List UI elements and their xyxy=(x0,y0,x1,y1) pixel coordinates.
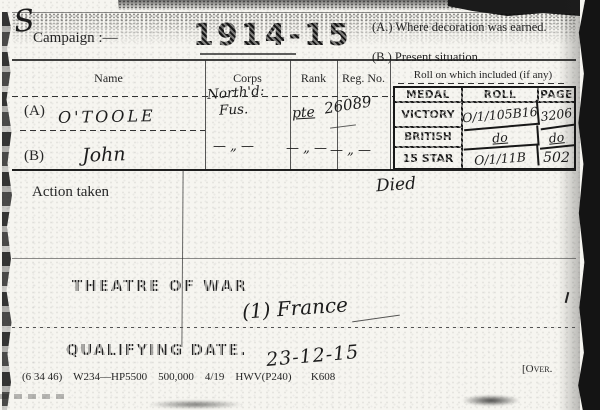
scan-shadow-right xyxy=(558,0,580,410)
ink-smudge-2 xyxy=(148,400,243,409)
corps-value-line1: North'd: xyxy=(207,83,265,103)
column-rule-4 xyxy=(390,60,391,170)
roll-header-underline xyxy=(398,83,568,84)
medal-name-victory: VICTORY xyxy=(395,103,463,128)
surname-underline xyxy=(20,130,205,131)
over-note: [Over. xyxy=(522,363,552,375)
reg-no-flourish xyxy=(330,124,356,128)
ink-smudge-3 xyxy=(0,394,70,399)
note-a: (A.) Where decoration was earned. xyxy=(372,20,547,35)
col-header-reg-no: Reg. No. xyxy=(337,71,390,86)
note-b: (B.) Present situation. xyxy=(372,50,481,65)
medal-index-card: S Campaign :— 1914-15 (A.) Where decorat… xyxy=(0,0,600,410)
medal-col-header: MEDAL xyxy=(395,88,463,103)
col-header-rank: Rank xyxy=(290,71,337,86)
reg-no-ditto: — „ — xyxy=(330,143,371,158)
action-taken-value: Died xyxy=(375,174,416,197)
star-page-value: 502 xyxy=(539,148,574,168)
ink-smudge-1 xyxy=(462,395,520,406)
france-flourish xyxy=(352,315,400,323)
scan-border-right xyxy=(577,0,600,410)
corps-value-line2: Fus. xyxy=(219,101,249,119)
scan-noise-top xyxy=(118,0,463,10)
medal-name-british: BRITISH xyxy=(395,128,463,148)
theatre-of-war-value: (1) France xyxy=(241,292,348,323)
rank-value: pte xyxy=(292,104,316,121)
campaign-stamp: 1914-15 xyxy=(193,18,352,53)
corps-ditto: — „ — xyxy=(213,139,254,154)
col-header-name: Name xyxy=(12,71,205,86)
qualifying-date-value: 23-12-15 xyxy=(265,341,360,371)
qualifying-date-stamp: QUALIFYING DATE. xyxy=(66,341,247,359)
print-code: (6 34 46) W234—HP5500 500,000 4/19 HWV(P… xyxy=(22,371,335,383)
divider-campaign xyxy=(12,59,576,61)
rank-ditto: — „ — xyxy=(286,141,327,156)
scan-torn-edge-left xyxy=(2,12,12,410)
medal-name-15-star: 15 STAR xyxy=(395,148,463,168)
forename-value: John xyxy=(82,143,126,167)
row-b-label: (B) xyxy=(24,148,44,165)
row-a-label: (A) xyxy=(24,103,45,120)
divider-main xyxy=(12,169,576,171)
divider-action xyxy=(12,258,576,259)
medal-roll-table: MEDAL ROLL PAGE VICTORY O/1/105B16 3206 … xyxy=(393,86,576,170)
campaign-stamp-underline xyxy=(200,53,296,55)
action-taken-label: Action taken xyxy=(32,184,109,201)
campaign-label: Campaign :— xyxy=(33,30,118,47)
surname-value: O'TOOLE xyxy=(58,106,156,127)
divider-theatre xyxy=(12,327,576,328)
star-roll-value: O/1/11B xyxy=(462,145,539,170)
col-header-roll: Roll on which included (if any) xyxy=(393,69,573,81)
british-page-ditto: do xyxy=(538,126,575,150)
theatre-of-war-stamp: THEATRE OF WAR xyxy=(72,277,248,295)
column-rule-1 xyxy=(205,60,206,170)
